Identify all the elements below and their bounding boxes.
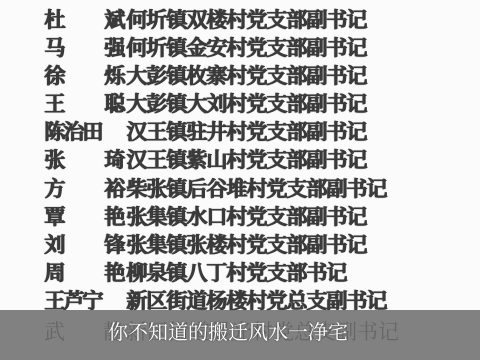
person-role: 何圻镇双楼村党支部副书记 [126,4,366,34]
person-name: 徐烁 [44,60,126,90]
list-row: 张琦汉王镇紫山村党支部副书记 [44,146,366,172]
list-row: 王聪大彭镇大刘村党支部副书记 [44,90,366,116]
list-row: 杜斌何圻镇双楼村党支部副书记 [44,6,366,32]
person-name: 马强 [44,32,126,62]
video-frame: 杜斌何圻镇双楼村党支部副书记马强何圻镇金安村党支部副书记徐烁大彭镇枚寨村党支部副… [0,0,480,360]
list-row: 方裕柴张镇后谷堆村党支部副书记 [44,175,386,201]
person-role: 何圻镇金安村党支部副书记 [126,32,366,62]
person-name: 王聪 [44,88,126,118]
person-name: 杜斌 [44,4,126,34]
person-name: 周艳 [44,257,126,287]
person-role: 汉王镇紫山村党支部副书记 [126,144,366,174]
person-role: 张集镇水口村党支部副书记 [126,201,366,231]
person-name: 方裕 [44,173,126,203]
person-name: 陈治田 [44,116,126,146]
list-row: 覃艳张集镇水口村党支部副书记 [44,203,366,229]
list-row: 徐烁大彭镇枚寨村党支部副书记 [44,62,366,88]
list-row: 刘锋张集镇张楼村党支部副书记 [44,231,366,257]
list-row: 周艳柳泉镇八丁村党支部书记 [44,259,346,285]
person-role: 柴张镇后谷堆村党支部副书记 [126,173,386,203]
person-role: 张集镇张楼村党支部副书记 [126,229,366,259]
person-role: 大彭镇枚寨村党支部副书记 [126,60,366,90]
person-role: 汉王镇驻井村党支部副书记 [126,116,366,146]
person-role: 柳泉镇八丁村党支部书记 [126,257,346,287]
subtitle-text: 你不知道的搬迁风水一净宅 [108,318,368,346]
person-name: 张琦 [44,144,126,174]
list-row: 陈治田汉王镇驻井村党支部副书记 [44,118,366,144]
person-name: 刘锋 [44,229,126,259]
person-name: 覃艳 [44,201,126,231]
person-role: 大彭镇大刘村党支部副书记 [126,88,366,118]
list-row: 马强何圻镇金安村党支部副书记 [44,34,366,60]
